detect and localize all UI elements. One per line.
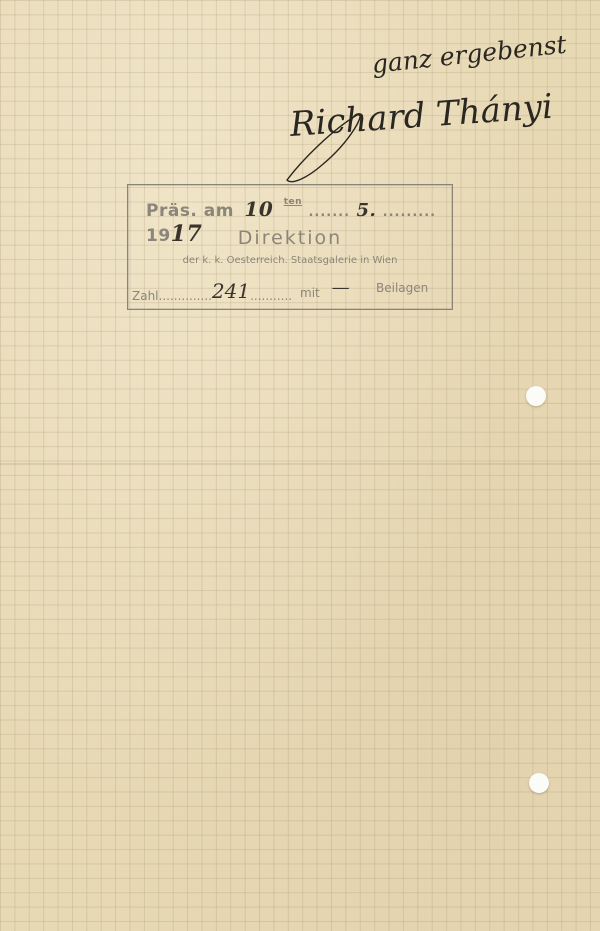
receipt-stamp: Präs. am 10 ten ....... 5. ......... 191…	[127, 184, 453, 310]
stamp-subtitle: der k. k. Oesterreich. Staatsgalerie in …	[128, 255, 452, 266]
document-page: ganz ergebenst Richard Thányi Präs. am 1…	[0, 0, 600, 931]
stamp-title: Direktion	[128, 227, 452, 249]
stamp-with-row: mit —	[300, 281, 350, 302]
stamp-attachments-label: Beilagen	[376, 281, 428, 295]
stamp-day: 10	[244, 197, 273, 221]
signature: Richard Thányi	[289, 87, 554, 145]
stamp-number-row: Zahl..............241...........	[132, 281, 292, 305]
closing-handwriting: ganz ergebenst	[370, 30, 567, 79]
stamp-date-label: Präs. am	[146, 201, 234, 221]
punch-hole	[529, 773, 549, 793]
stamp-with-label: mit	[300, 286, 320, 300]
stamp-month: 5.	[356, 200, 376, 221]
punch-hole	[526, 386, 546, 406]
stamp-day-suffix: ten	[284, 197, 302, 207]
stamp-number: 241	[212, 279, 250, 303]
stamp-attachments-count: —	[332, 277, 350, 298]
paper-fold-line	[0, 463, 600, 465]
stamp-number-label: Zahl	[132, 289, 159, 303]
